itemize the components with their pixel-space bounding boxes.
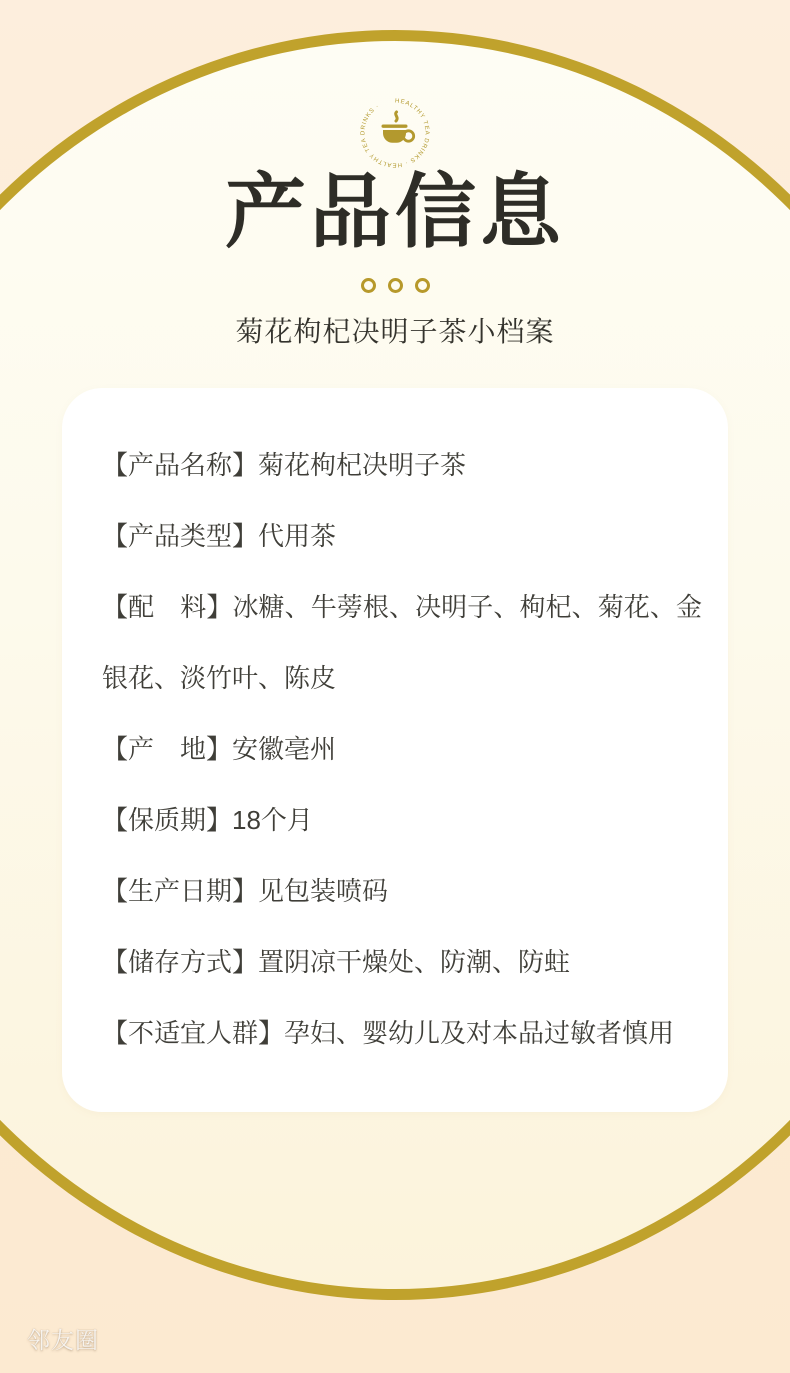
info-row-value: 见包装喷码 xyxy=(258,876,388,906)
info-row-value: 安徽亳州 xyxy=(232,734,336,764)
info-row-product-name: 【产品名称】菊花枸杞决明子茶 xyxy=(102,430,702,501)
info-row-label: 【储存方式】 xyxy=(102,947,258,977)
product-info-card: 【产品名称】菊花枸杞决明子茶 【产品类型】代用茶 【配 料】冰糖、牛蒡根、决明子… xyxy=(62,388,728,1112)
info-row-label: 【不适宜人群】 xyxy=(102,1018,284,1048)
info-row-value: 孕妇、婴幼儿及对本品过敏者慎用 xyxy=(284,1018,674,1048)
info-row-value: 菊花枸杞决明子茶 xyxy=(258,450,466,480)
ring-dot-icon xyxy=(361,278,376,293)
info-row-label: 【产品名称】 xyxy=(102,450,258,480)
info-row-label: 【产 地】 xyxy=(102,734,232,764)
info-row-production-date: 【生产日期】见包装喷码 xyxy=(102,856,702,927)
info-row-storage: 【储存方式】置阴凉干燥处、防潮、防蛀 xyxy=(102,927,702,998)
ring-dot-icon xyxy=(415,278,430,293)
info-row-origin: 【产 地】安徽亳州 xyxy=(102,714,702,785)
info-row-label: 【生产日期】 xyxy=(102,876,258,906)
info-row-ingredients: 【配 料】冰糖、牛蒡根、决明子、枸杞、菊花、金银花、淡竹叶、陈皮 xyxy=(102,572,702,714)
page-title: 产品信息 xyxy=(0,163,790,263)
brand-badge: HEALTHY TEA DRINKS · HEALTHY TEA DRINKS … xyxy=(356,94,434,172)
ring-dot-icon xyxy=(388,278,403,293)
watermark: 邻友圈 xyxy=(27,1326,99,1354)
info-row-value: 置阴凉干燥处、防潮、防蛀 xyxy=(258,947,570,977)
page-subtitle: 菊花枸杞决明子茶小档案 xyxy=(0,314,790,350)
info-row-product-type: 【产品类型】代用茶 xyxy=(102,501,702,572)
info-row-value: 18个月 xyxy=(232,805,313,835)
steam-icon xyxy=(396,112,398,121)
info-row-value: 代用茶 xyxy=(258,521,336,551)
tea-cup-icon xyxy=(382,112,414,143)
info-row-label: 【产品类型】 xyxy=(102,521,258,551)
info-row-unsuitable-groups: 【不适宜人群】孕妇、婴幼儿及对本品过敏者慎用 xyxy=(102,998,702,1069)
info-row-label: 【配 料】 xyxy=(102,592,232,622)
product-info-page: HEALTHY TEA DRINKS · HEALTHY TEA DRINKS … xyxy=(0,0,790,1373)
title-decoration-dots xyxy=(0,278,790,293)
info-row-label: 【保质期】 xyxy=(102,805,232,835)
info-row-shelf-life: 【保质期】18个月 xyxy=(102,785,702,856)
page-content: HEALTHY TEA DRINKS · HEALTHY TEA DRINKS … xyxy=(0,0,790,1373)
